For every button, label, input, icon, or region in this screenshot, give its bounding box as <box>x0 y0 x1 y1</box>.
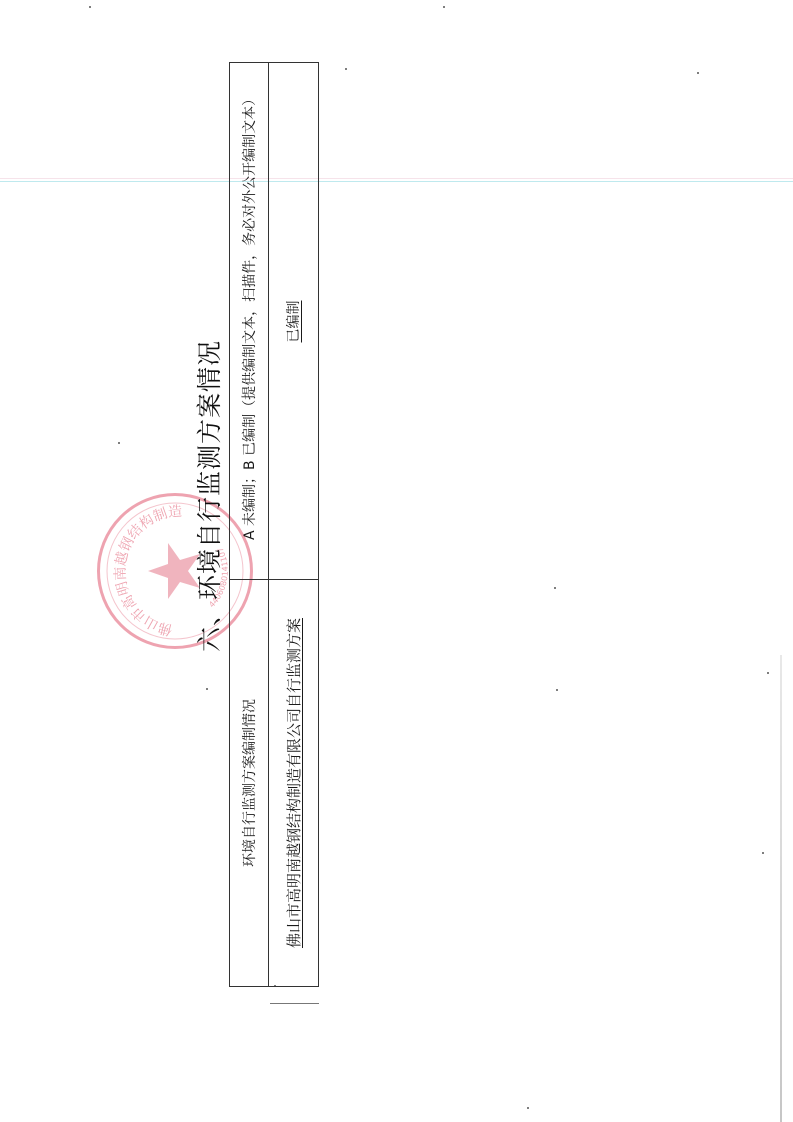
table-header-label: 环境自行监测方案编制情况 <box>230 580 268 986</box>
table-row-plan-name: 佛山市高明南越钢结构制造有限公司自行监测方案 <box>268 580 318 986</box>
table-header-options: A 未编制；B 已编制（提供编制文本，扫描件，务必对外公开编制文本） <box>230 63 268 580</box>
section-title: 六、环境自行监测方案情况 <box>193 372 227 652</box>
table-row-plan-status: 已编制 <box>268 63 318 580</box>
header-right-text: A 未编制；B 已编制（提供编制文本，扫描件，务必对外公开编制文本） <box>239 92 259 540</box>
seal-star-icon: 佛山市高明南越钢结构制造有限公司 4406080141107 <box>100 496 250 646</box>
rotated-page-content: 佛山市高明南越钢结构制造有限公司 4406080141107 六、环境自行监测方… <box>0 0 793 1122</box>
monitoring-plan-table: 环境自行监测方案编制情况 A 未编制；B 已编制（提供编制文本，扫描件，务必对外… <box>229 62 319 987</box>
header-left-text: 环境自行监测方案编制情况 <box>239 699 259 867</box>
plan-status-text: 已编制 <box>283 301 303 343</box>
plan-name-text: 佛山市高明南越钢结构制造有限公司自行监测方案 <box>283 618 304 948</box>
